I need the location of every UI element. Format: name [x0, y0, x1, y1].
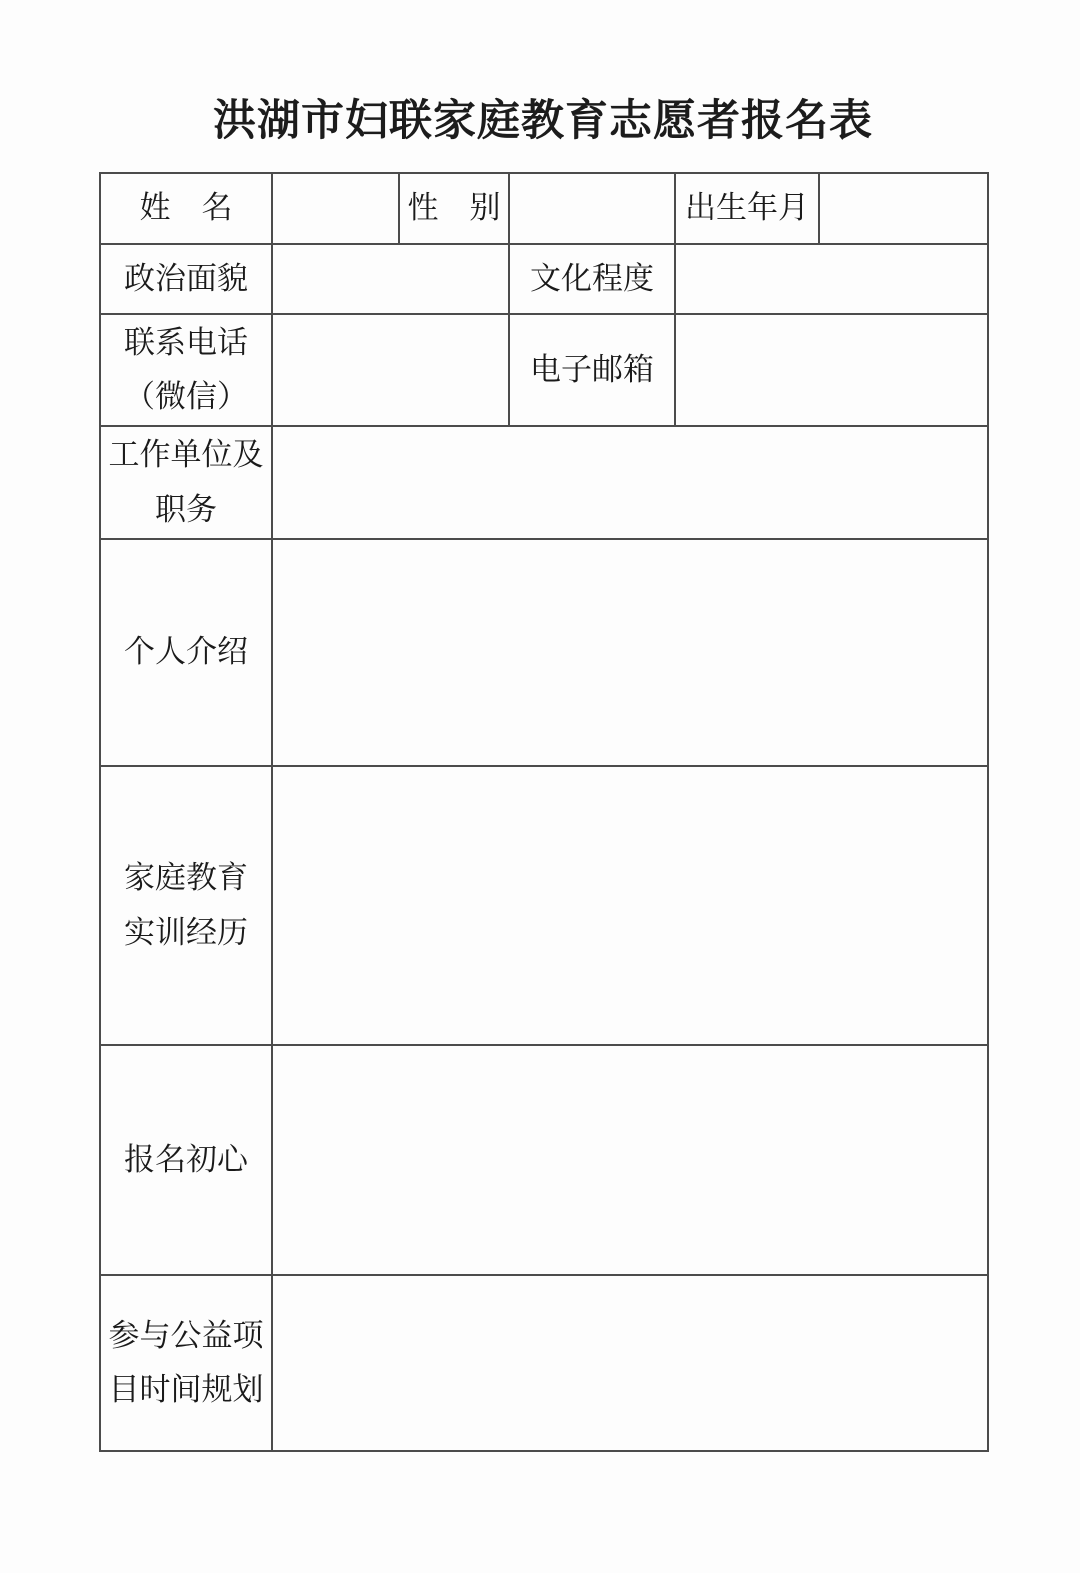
political-status-label: 政治面貌: [100, 244, 272, 314]
gender-value-cell: [509, 173, 675, 244]
row-political-education: 政治面貌 文化程度: [100, 244, 988, 314]
row-personal-intro: 个人介绍: [100, 539, 988, 766]
email-label: 电子邮箱: [509, 314, 675, 426]
email-value-cell: [675, 314, 988, 426]
work-unit-value-cell: [272, 426, 988, 539]
training-experience-value-cell: [272, 766, 988, 1045]
form-page: 洪湖市妇联家庭教育志愿者报名表 姓 名 性 别 出生年月 政治面貌 文化程度: [0, 0, 1080, 1573]
contact-phone-label: 联系电话 （微信）: [100, 314, 272, 426]
motivation-label: 报名初心: [100, 1045, 272, 1275]
time-plan-value-cell: [272, 1275, 988, 1451]
row-name-gender-birth: 姓 名 性 别 出生年月: [100, 173, 988, 244]
personal-intro-label: 个人介绍: [100, 539, 272, 766]
contact-phone-value-cell: [272, 314, 509, 426]
birth-date-label: 出生年月: [675, 173, 819, 244]
education-level-value-cell: [675, 244, 988, 314]
training-experience-label: 家庭教育 实训经历: [100, 766, 272, 1045]
row-time-plan: 参与公益项 目时间规划: [100, 1275, 988, 1451]
name-value-cell: [272, 173, 399, 244]
political-status-value-cell: [272, 244, 509, 314]
form-title: 洪湖市妇联家庭教育志愿者报名表: [99, 96, 987, 148]
row-work-unit: 工作单位及 职务: [100, 426, 988, 539]
work-unit-label: 工作单位及 职务: [100, 426, 272, 539]
birth-date-value-cell: [819, 173, 988, 244]
name-label: 姓 名: [100, 173, 272, 244]
registration-form-table: 姓 名 性 别 出生年月 政治面貌 文化程度 联系电话 （微信） 电子邮箱 工作…: [99, 172, 989, 1452]
row-training-experience: 家庭教育 实训经历: [100, 766, 988, 1045]
gender-label: 性 别: [399, 173, 509, 244]
row-motivation: 报名初心: [100, 1045, 988, 1275]
motivation-value-cell: [272, 1045, 988, 1275]
personal-intro-value-cell: [272, 539, 988, 766]
row-phone-email: 联系电话 （微信） 电子邮箱: [100, 314, 988, 426]
education-level-label: 文化程度: [509, 244, 675, 314]
time-plan-label: 参与公益项 目时间规划: [100, 1275, 272, 1451]
